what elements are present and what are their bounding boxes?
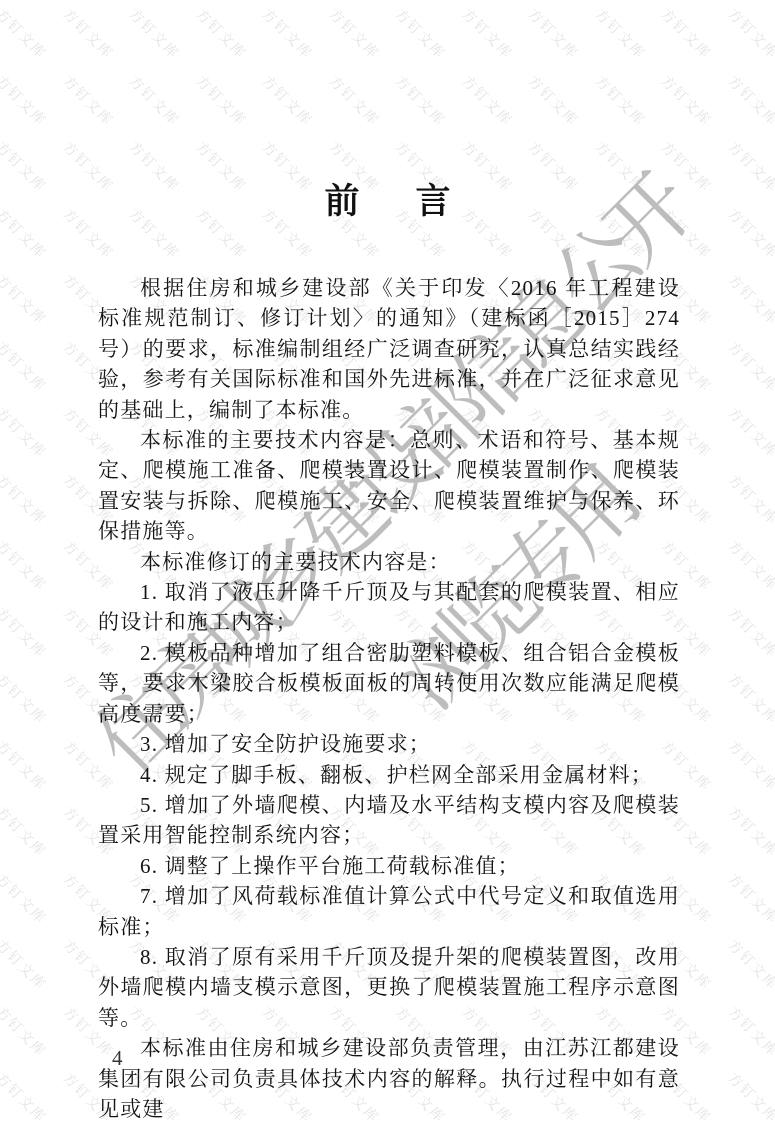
title-char-second: 言 — [416, 183, 451, 222]
paragraph: 6. 调整了上操作平台施工荷载标准值； — [98, 851, 680, 881]
paragraph: 1. 取消了液压升降千斤顶及与其配套的爬模装置、相应的设计和施工内容； — [98, 577, 680, 638]
paragraph: 5. 增加了外墙爬模、内墙及水平结构支模内容及爬模装置采用智能控制系统内容； — [98, 790, 680, 851]
page-content: 前 言 根据住房和城乡建设部《关于印发〈2016 年工程建设标准规范制订、修订计… — [0, 0, 775, 1122]
page-title: 前 言 — [0, 183, 775, 222]
paragraph: 本标准修订的主要技术内容是： — [98, 547, 680, 577]
paragraph: 3. 增加了安全防护设施要求； — [98, 729, 680, 759]
body-paragraphs: 根据住房和城乡建设部《关于印发〈2016 年工程建设标准规范制订、修订计划〉的通… — [98, 273, 680, 1122]
paragraph: 本标准由住房和城乡建设部负责管理，由江苏江都建设集团有限公司负责具体技术内容的解… — [98, 1033, 680, 1122]
paragraph: 4. 规定了脚手板、翻板、护栏网全部采用金属材料； — [98, 760, 680, 790]
paragraph: 2. 模板品种增加了组合密肋塑料模板、组合铝合金模板等，要求木梁胶合板模板面板的… — [98, 638, 680, 729]
document-page: 方钉文库方钉文库方钉文库方钉文库方钉文库方钉文库方钉文库方钉文库方钉文库方钉文库… — [0, 0, 775, 1122]
page-number: 4 — [112, 1046, 123, 1071]
paragraph: 本标准的主要技术内容是：总则、术语和符号、基本规定、爬模施工准备、爬模装置设计、… — [98, 425, 680, 547]
paragraph: 根据住房和城乡建设部《关于印发〈2016 年工程建设标准规范制订、修订计划〉的通… — [98, 273, 680, 425]
paragraph: 7. 增加了风荷载标准值计算公式中代号定义和取值选用标准； — [98, 881, 680, 942]
title-char-first: 前 — [324, 183, 359, 222]
paragraph: 8. 取消了原有采用千斤顶及提升架的爬模装置图，改用外墙爬模内墙支模示意图，更换… — [98, 942, 680, 1033]
